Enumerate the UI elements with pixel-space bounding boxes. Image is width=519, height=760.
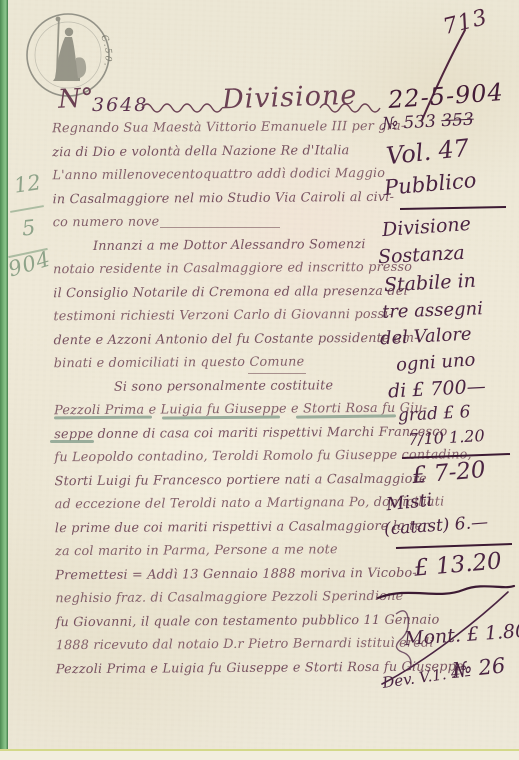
page-edge-bottom [0,749,519,760]
margin-pencil-month: 5 [21,215,37,240]
body-line: fu Giovanni, il quale con testamento pub… [55,608,403,634]
body-line: Si sono personalmente costituite [54,373,402,399]
doc-number: 3648 [92,94,148,116]
registry-number: № 533 [382,112,437,135]
doc-title: Divisione [222,80,358,116]
margin-sostanza: Sostanza [377,242,465,269]
body-line: il Consiglio Notarile di Cremona ed alla… [53,279,401,305]
body-line: neghisio fraz. di Casalmaggiore Pezzoli … [55,585,403,611]
body-line: le prime due coi mariti rispettivi a Cas… [55,514,403,540]
body-line: 1888 ricevuto dal notaio D.r Pietro Bern… [56,632,404,658]
margin-grad: grad £ 6 [398,402,471,426]
body-line: zia di Dio e volontà della Nazione Re d'… [52,138,400,164]
deed-body-text: Regnando Sua Maestà Vittorio Emanuele II… [52,115,404,681]
body-line: binati e domiciliati in questo Comune [54,350,402,376]
body-line: seppe donne di casa coi mariti rispettiv… [54,420,402,446]
body-line: L'anno millenovecentoquattro addì dodici… [52,162,400,188]
book-edge-left [0,0,8,760]
party-underline-green [50,440,94,443]
body-line: dente e Azzoni Antonio del fu Costante p… [54,326,402,352]
italia-figure-icon [53,17,86,81]
margin-tre-assegni: tre assegni [382,298,484,323]
body-line: Regnando Sua Maestà Vittorio Emanuele II… [52,115,400,141]
body-line: Innanzi a me Dottor Alessandro Somenzi [53,232,401,258]
body-line: Pezzoli Prima e Luigia fu Giuseppe e Sto… [56,655,404,681]
body-line: notaio residente in Casalmaggiore ed ins… [53,256,401,282]
registry-number-struck: 353 [441,110,474,132]
body-line: Storti Luigi fu Francesco portiere nati … [54,467,402,493]
body-line: fu Leopoldo contadino, Teroldi Romolo fu… [54,444,402,470]
comune-underline [248,373,306,374]
body-line: in Casalmaggiore nel mio Studio Via Cair… [53,185,401,211]
body-line: Premettesi = Addì 13 Gennaio 1888 moriva… [55,561,403,587]
body-line: testimoni richiesti Verzoni Carlo di Gio… [53,303,401,329]
margin-pencil-day: 12 [12,170,42,197]
blank-filler-rule [160,227,280,228]
body-line: za col marito in Parma, Persone a me not… [55,538,403,564]
stamp-denomination: C.50. [98,34,113,69]
doc-number-prefix: N° [57,83,94,115]
body-line: co numero nove [53,209,401,235]
body-line: ad eccezione del Teroldi nato a Martigna… [55,491,403,517]
svg-text:C.50.: C.50. [98,34,113,69]
margin-tassa: 7/10 1.20 [408,426,486,449]
